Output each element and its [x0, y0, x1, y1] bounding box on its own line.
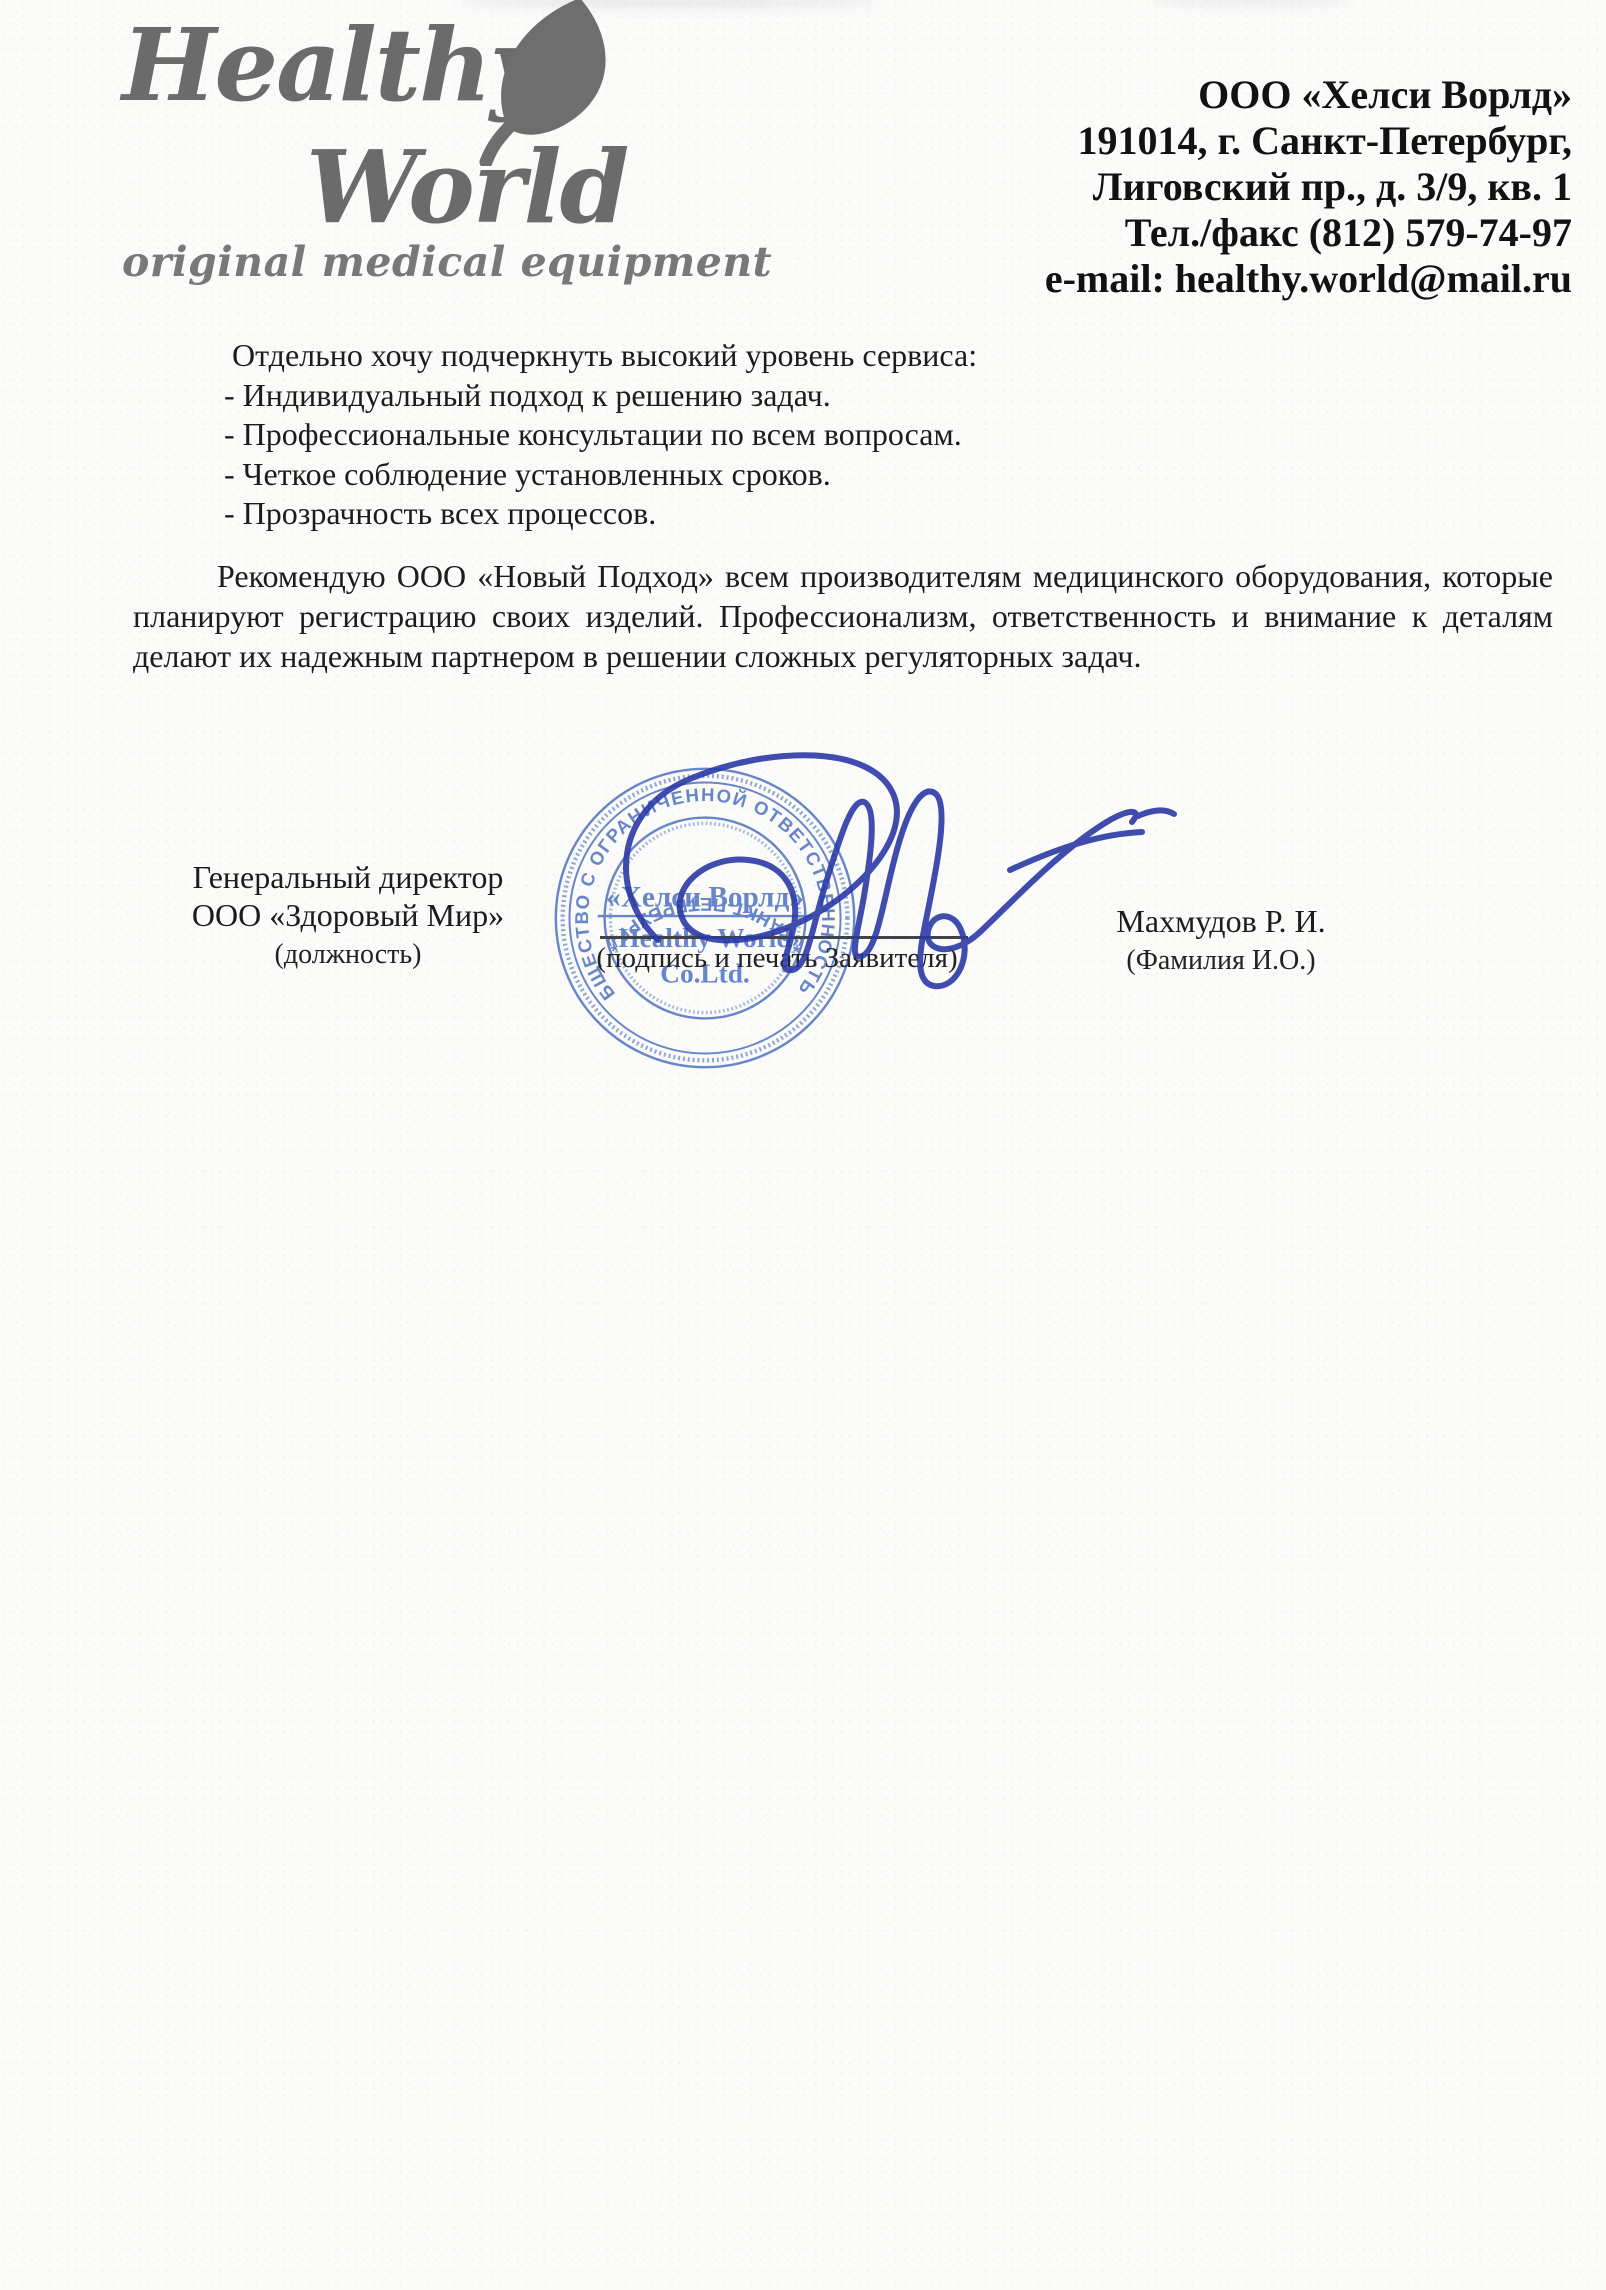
service-list-item: - Профессиональные консультации по всем …: [224, 415, 977, 455]
company-postal-city: 191014, г. Санкт-Петербург,: [1045, 118, 1572, 164]
company-name: ООО «Хелси Ворлд»: [1045, 72, 1572, 118]
recommendation-paragraph: Рекомендую ООО «Новый Подход» всем произ…: [133, 556, 1553, 676]
company-email: e-mail: healthy.world@mail.ru: [1045, 256, 1572, 302]
signer-position-block: Генеральный директор ООО «Здоровый Мир» …: [148, 858, 548, 974]
service-list-item: - Прозрачность всех процессов.: [224, 494, 977, 534]
scanned-letter-page: Healthy World original medical equipment…: [0, 0, 1606, 2290]
logo-tagline: original medical equipment: [122, 238, 772, 286]
position-caption: (должность): [148, 936, 548, 974]
handwritten-signature: [540, 698, 1200, 1028]
company-phone: Тел./факс (812) 579-74-97: [1045, 210, 1572, 256]
company-address-block: ООО «Хелси Ворлд» 191014, г. Санкт-Петер…: [1045, 72, 1572, 302]
service-paragraph: Отдельно хочу подчеркнуть высокий уровен…: [224, 336, 977, 534]
service-list-item: - Четкое соблюдение установленных сроков…: [224, 455, 977, 495]
leaf-icon: [448, 0, 626, 166]
service-list-item: - Индивидуальный подход к решению задач.: [224, 376, 977, 416]
scan-smudge: [1150, 0, 1350, 5]
signer-position-line2: ООО «Здоровый Мир»: [148, 896, 548, 934]
service-intro-line: Отдельно хочу подчеркнуть высокий уровен…: [232, 336, 977, 376]
signer-position-line1: Генеральный директор: [148, 858, 548, 896]
company-street: Лиговский пр., д. 3/9, кв. 1: [1045, 164, 1572, 210]
